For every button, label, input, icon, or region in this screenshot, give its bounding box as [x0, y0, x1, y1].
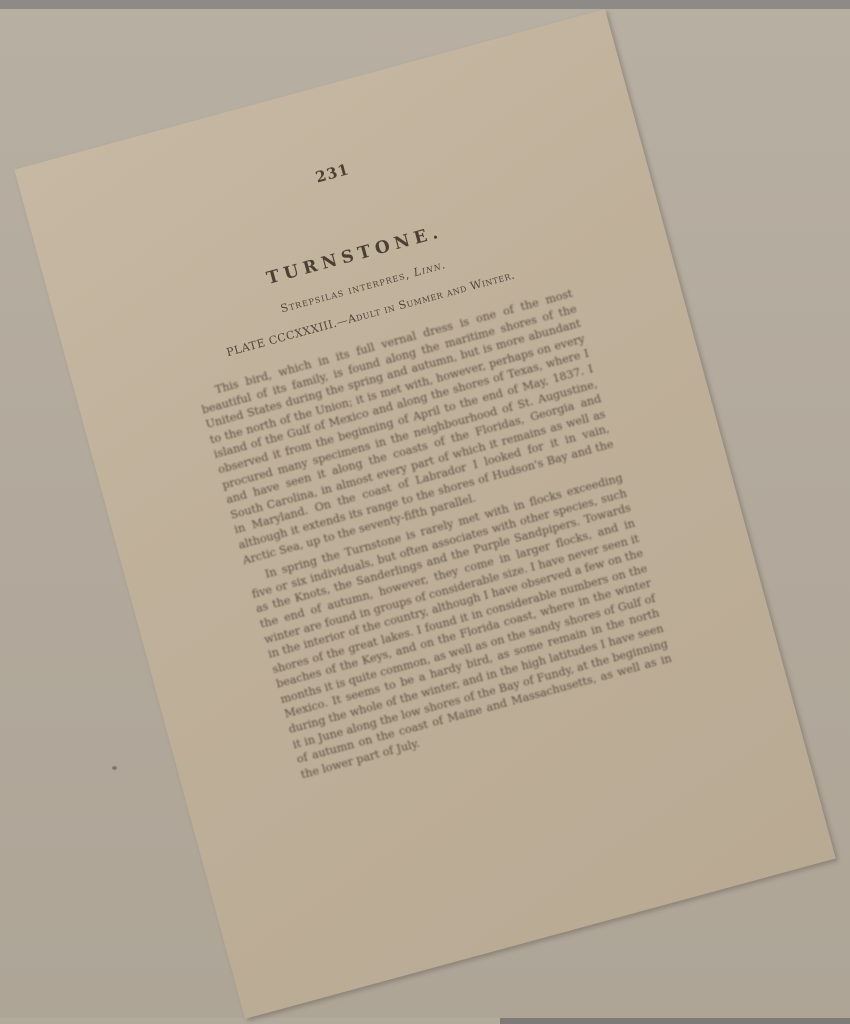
body-text: This bird, which in its full vernal dres…: [196, 286, 679, 787]
top-edge-strip: [0, 0, 850, 9]
bottom-edge-strip: [500, 1018, 850, 1024]
dust-speck: [112, 766, 117, 770]
binomial-authority: Linn.: [412, 258, 447, 279]
